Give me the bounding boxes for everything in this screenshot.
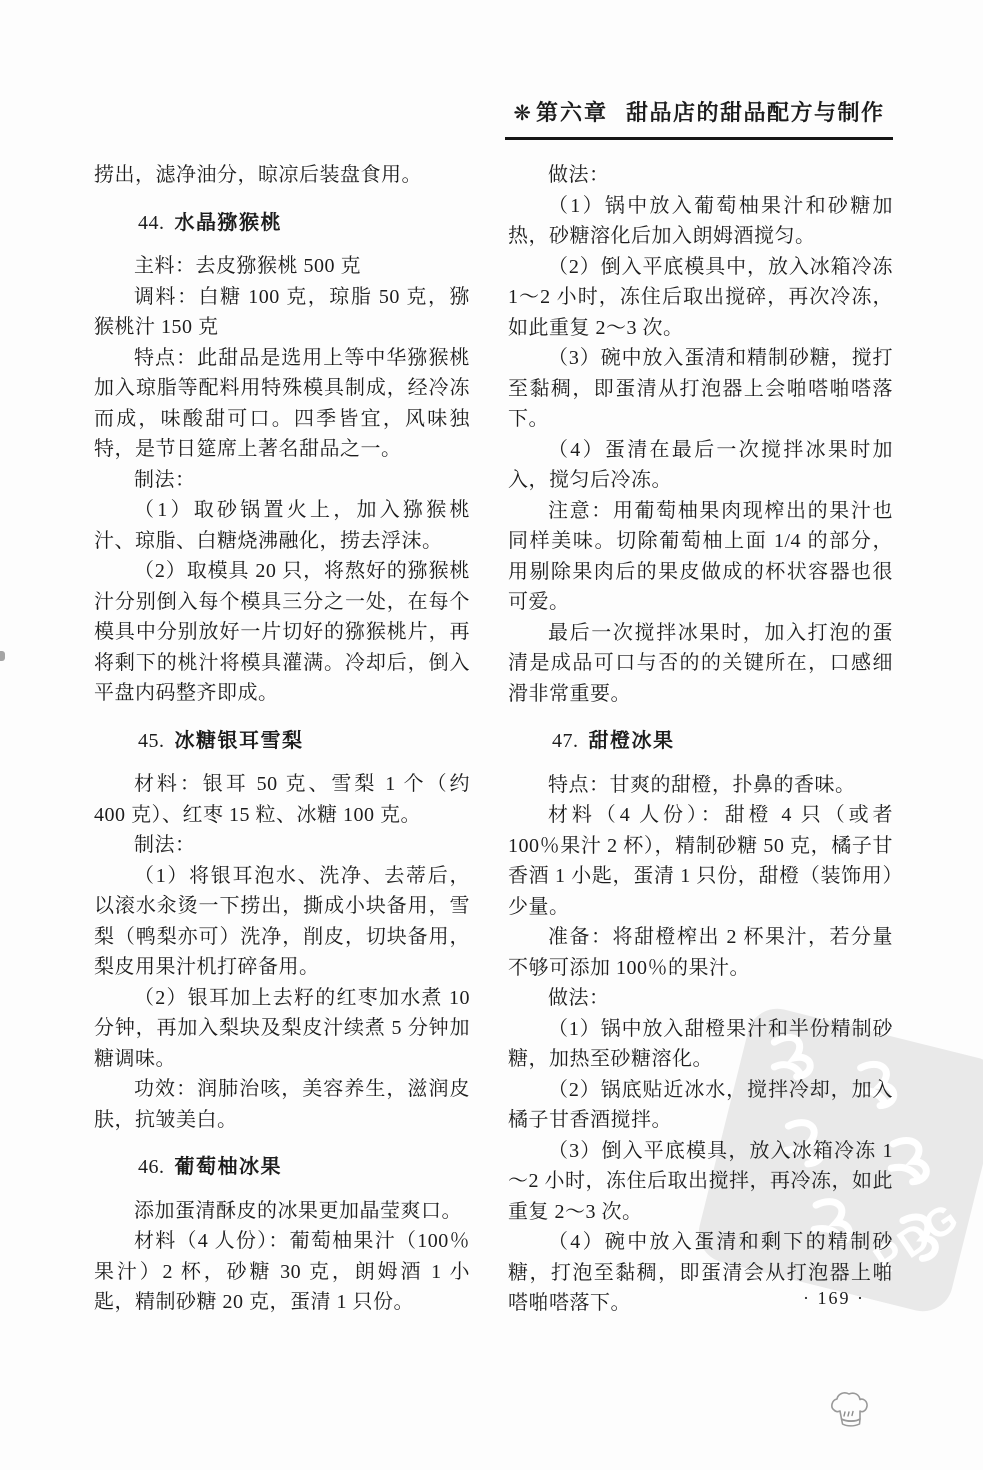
paragraph: （3）碗中放入蛋清和精制砂糖，搅打至黏稠，即蛋清从打泡器上会啪嗒啪嗒落下。	[508, 343, 893, 435]
paragraph: 最后一次搅拌冰果时，加入打泡的蛋清是成品可口与否的的关键所在，口感细滑非常重要。	[508, 618, 893, 710]
book-page: { "header": { "ornament": "❋", "chapter"…	[0, 0, 983, 1470]
chapter-title: 甜品店的甜品配方与制作	[626, 100, 885, 125]
recipe-number: 47.	[552, 730, 579, 752]
paragraph: （1）锅中放入葡萄柚果汁和砂糖加热，砂糖溶化后加入朗姆酒搅匀。	[508, 191, 893, 252]
chapter-ornament-icon: ❋	[513, 102, 531, 125]
paragraph: 制法：	[94, 830, 470, 861]
chef-hat-icon	[830, 1390, 868, 1430]
right-text-column: 做法：（1）锅中放入葡萄柚果汁和砂糖加热，砂糖溶化后加入朗姆酒搅匀。（2）倒入平…	[508, 160, 893, 1319]
paragraph: 注意：用葡萄柚果肉现榨出的果汁也同样美味。切除葡萄柚上面 1/4 的部分，用剔除…	[508, 496, 893, 618]
paragraph: 主料：去皮猕猴桃 500 克	[94, 251, 470, 282]
paragraph: （2）取模具 20 只，将熬好的猕猴桃汁分别倒入每个模具三分之一处，在每个模具中…	[94, 556, 470, 709]
recipe-heading: 45.冰糖银耳雪梨	[94, 726, 470, 757]
recipe-heading: 46.葡萄柚冰果	[94, 1152, 470, 1183]
recipe-number: 45.	[138, 730, 165, 752]
recipe-title: 冰糖银耳雪梨	[175, 730, 304, 752]
recipe-title: 水晶猕猴桃	[175, 212, 283, 234]
paragraph: 功效：润肺治咳，美容养生，滋润皮肤，抗皱美白。	[94, 1074, 470, 1135]
recipe-title: 甜橙冰果	[589, 730, 675, 752]
paragraph: 特点：甘爽的甜橙，扑鼻的香味。	[508, 770, 893, 801]
paragraph: 做法：	[508, 160, 893, 191]
paragraph: 材料（4 人份）：葡萄柚果汁（100％果汁）2 杯，砂糖 30 克，朗姆酒 1 …	[94, 1226, 470, 1318]
paragraph: 添加蛋清酥皮的冰果更加晶莹爽口。	[94, 1196, 470, 1227]
paragraph: 调料：白糖 100 克，琼脂 50 克，猕猴桃汁 150 克	[94, 282, 470, 343]
paragraph: （2）倒入平底模具中，放入冰箱冷冻 1～2 小时，冻住后取出搅碎，再次冷冻，如此…	[508, 252, 893, 344]
paragraph: 特点：此甜品是选用上等中华猕猴桃加入琼脂等配料用特殊模具制成，经冷冻而成，味酸甜…	[94, 343, 470, 465]
paragraph: （1）取砂锅置火上，加入猕猴桃汁、琼脂、白糖烧沸融化，捞去浮沫。	[94, 495, 470, 556]
paragraph: 材料（4 人份）：甜橙 4 只（或者 100％果汁 2 杯），精制砂糖 50 克…	[508, 800, 893, 922]
paragraph: （1）将银耳泡水、洗净、去蒂后，以滚水汆烫一下捞出，撕成小块备用，雪梨（鸭梨亦可…	[94, 861, 470, 983]
page-number: · 169 ·	[508, 1288, 893, 1309]
paragraph: 制法：	[94, 465, 470, 496]
paragraph: （1）锅中放入甜橙果汁和半份精制砂糖，加热至砂糖溶化。	[508, 1014, 893, 1075]
scan-artifact	[0, 651, 5, 661]
recipe-number: 46.	[138, 1156, 165, 1178]
recipe-number: 44.	[138, 212, 165, 234]
paragraph: （3）倒入平底模具，放入冰箱冷冻 1～2 小时，冻住后取出搅拌，再冷冻，如此重复…	[508, 1136, 893, 1228]
recipe-heading: 47.甜橙冰果	[508, 726, 893, 757]
paragraph: 准备：将甜橙榨出 2 杯果汁，若分量不够可添加 100％的果汁。	[508, 922, 893, 983]
paragraph: 捞出，滤净油分，晾凉后装盘食用。	[94, 160, 470, 191]
paragraph: 做法：	[508, 983, 893, 1014]
paragraph: （4）蛋清在最后一次搅拌冰果时加入，搅匀后冷冻。	[508, 435, 893, 496]
recipe-title: 葡萄柚冰果	[175, 1156, 283, 1178]
paragraph: （2）锅底贴近冰水，搅拌冷却，加入橘子甘香酒搅拌。	[508, 1075, 893, 1136]
paragraph: （2）银耳加上去籽的红枣加水煮 10 分钟，再加入梨块及梨皮汁续煮 5 分钟加糖…	[94, 983, 470, 1075]
paragraph: 材料：银耳 50 克、雪梨 1 个（约 400 克）、红枣 15 粒、冰糖 10…	[94, 769, 470, 830]
chapter-header: ❋第六章甜品店的甜品配方与制作	[505, 100, 893, 140]
recipe-heading: 44.水晶猕猴桃	[94, 208, 470, 239]
left-text-column: 捞出，滤净油分，晾凉后装盘食用。44.水晶猕猴桃主料：去皮猕猴桃 500 克调料…	[94, 160, 470, 1318]
chapter-number: 第六章	[536, 100, 608, 125]
